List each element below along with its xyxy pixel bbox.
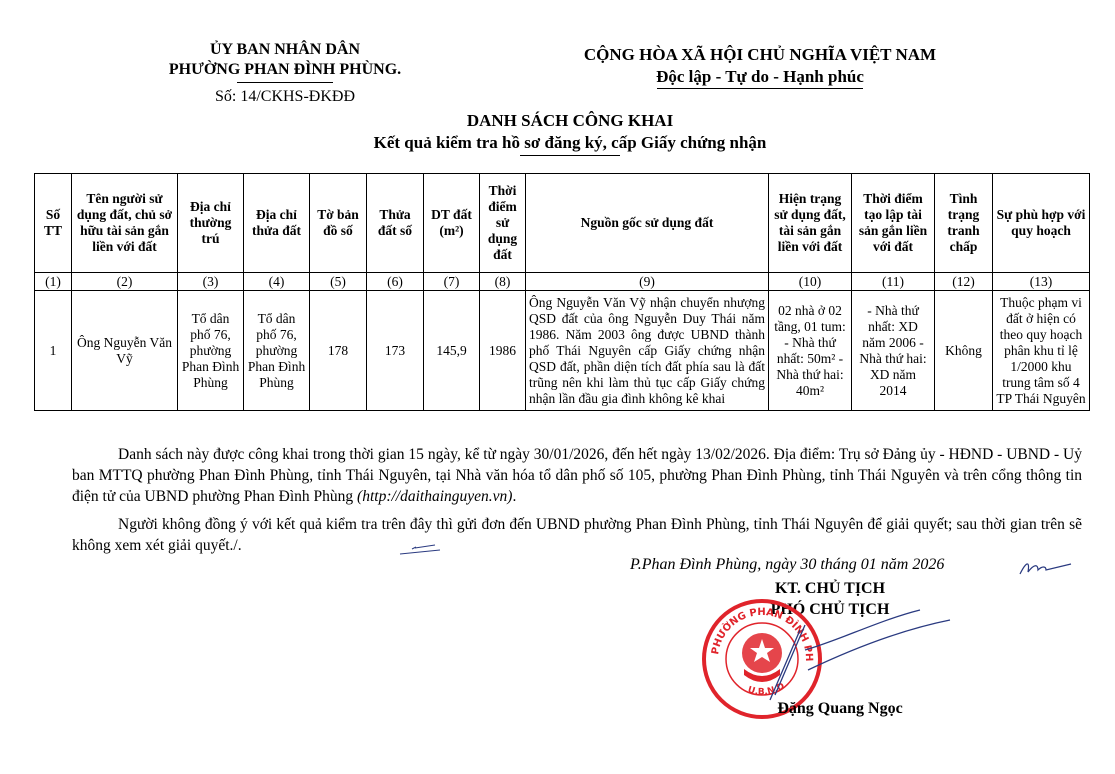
divider	[520, 155, 620, 156]
column-header: Thời điểm sử dụng đất	[480, 174, 526, 273]
column-number: (2)	[72, 273, 178, 291]
column-header: Tờ bản đồ số	[310, 174, 367, 273]
column-number: (4)	[244, 273, 310, 291]
column-number: (11)	[852, 273, 935, 291]
handwritten-signature-icon	[760, 600, 960, 710]
column-header: Tên người sử dụng đất, chủ sở hữu tài sả…	[72, 174, 178, 273]
issuing-authority: ỦY BAN NHÂN DÂN PHƯỜNG PHAN ĐÌNH PHÙNG. …	[120, 40, 450, 107]
portal-link[interactable]: (http://daithainguyen.vn)	[357, 488, 512, 505]
column-number: (5)	[310, 273, 367, 291]
results-table: Số TT Tên người sử dụng đất, chủ sở hữu …	[34, 173, 1090, 411]
document-title: DANH SÁCH CÔNG KHAI Kết quả kiểm tra hồ …	[300, 110, 840, 156]
national-motto: CỘNG HÒA XÃ HỘI CHỦ NGHĨA VIỆT NAM Độc l…	[560, 44, 960, 89]
motto: Độc lập - Tự do - Hạnh phúc	[560, 66, 960, 88]
column-header: Sự phù hợp với quy hoạch	[993, 174, 1090, 273]
notice-paragraph-2: Người không đồng ý với kết quả kiểm tra …	[72, 514, 1082, 556]
table-row: 1 Ông Nguyễn Văn Vỹ Tổ dân phố 76, phườn…	[35, 291, 1090, 411]
column-number: (1)	[35, 273, 72, 291]
column-header: Nguồn gốc sử dụng đất	[526, 174, 769, 273]
column-header: DT đất (m²)	[424, 174, 480, 273]
cell-asset-creation-time: - Nhà thứ nhất: XD năm 2006 - Nhà thứ ha…	[852, 291, 935, 411]
cell-parcel-address: Tổ dân phố 76, phường Phan Đình Phùng	[244, 291, 310, 411]
cell-planning-compliance: Thuộc phạm vi đất ở hiện có theo quy hoạ…	[993, 291, 1090, 411]
signer-name: Đặng Quang Ngọc	[740, 700, 940, 718]
cell-usage-year: 1986	[480, 291, 526, 411]
cell-current-status: 02 nhà ở 02 tầng, 01 tum: - Nhà thứ nhất…	[769, 291, 852, 411]
country-name: CỘNG HÒA XÃ HỘI CHỦ NGHĨA VIỆT NAM	[560, 44, 960, 66]
column-number: (12)	[935, 273, 993, 291]
column-number: (7)	[424, 273, 480, 291]
authority-line2: PHƯỜNG PHAN ĐÌNH PHÙNG.	[120, 60, 450, 80]
column-header: Tình trạng tranh chấp	[935, 174, 993, 273]
column-header: Thời điểm tạo lập tài sản gắn liền với đ…	[852, 174, 935, 273]
signer-title-line1: KT. CHỦ TỊCH	[700, 578, 960, 599]
column-number: (3)	[178, 273, 244, 291]
title-main: DANH SÁCH CÔNG KHAI	[300, 110, 840, 132]
column-header: Địa chỉ thường trú	[178, 174, 244, 273]
divider	[237, 82, 333, 83]
initial-signature-icon	[1016, 556, 1076, 580]
column-number: (10)	[769, 273, 852, 291]
authority-line1: ỦY BAN NHÂN DÂN	[120, 40, 450, 60]
column-header: Địa chỉ thửa đất	[244, 174, 310, 273]
notice-paragraph-1: Danh sách này được công khai trong thời …	[72, 444, 1082, 507]
column-header: Thửa đất số	[367, 174, 424, 273]
title-sub: Kết quả kiểm tra hồ sơ đăng ký, cấp Giấy…	[300, 132, 840, 154]
cell-permanent-address: Tổ dân phố 76, phường Phan Đình Phùng	[178, 291, 244, 411]
column-number: (6)	[367, 273, 424, 291]
notice-text: Danh sách này được công khai trong thời …	[72, 446, 1082, 505]
column-number: (13)	[993, 273, 1090, 291]
cell-map-sheet: 178	[310, 291, 367, 411]
column-header: Số TT	[35, 174, 72, 273]
cell-parcel-number: 173	[367, 291, 424, 411]
column-number-row: (1) (2) (3) (4) (5) (6) (7) (8) (9) (10)…	[35, 273, 1090, 291]
place-and-date: P.Phan Đình Phùng, ngày 30 tháng 01 năm …	[630, 556, 944, 574]
divider	[657, 88, 863, 89]
initial-mark-icon	[380, 540, 460, 560]
notice-end: .	[512, 488, 516, 505]
cell-owner-name: Ông Nguyễn Văn Vỹ	[72, 291, 178, 411]
column-header: Hiện trạng sử dụng đất, tài sản gắn liền…	[769, 174, 852, 273]
notice-text: Người không đồng ý với kết quả kiểm tra …	[72, 516, 1082, 554]
cell-area: 145,9	[424, 291, 480, 411]
cell-dispute-status: Không	[935, 291, 993, 411]
document-number: Số: 14/CKHS-ĐKĐĐ	[120, 87, 450, 107]
table-header-row: Số TT Tên người sử dụng đất, chủ sở hữu …	[35, 174, 1090, 273]
cell-land-origin: Ông Nguyễn Văn Vỹ nhận chuyển nhượng QSD…	[526, 291, 769, 411]
cell-stt: 1	[35, 291, 72, 411]
column-number: (9)	[526, 273, 769, 291]
column-number: (8)	[480, 273, 526, 291]
